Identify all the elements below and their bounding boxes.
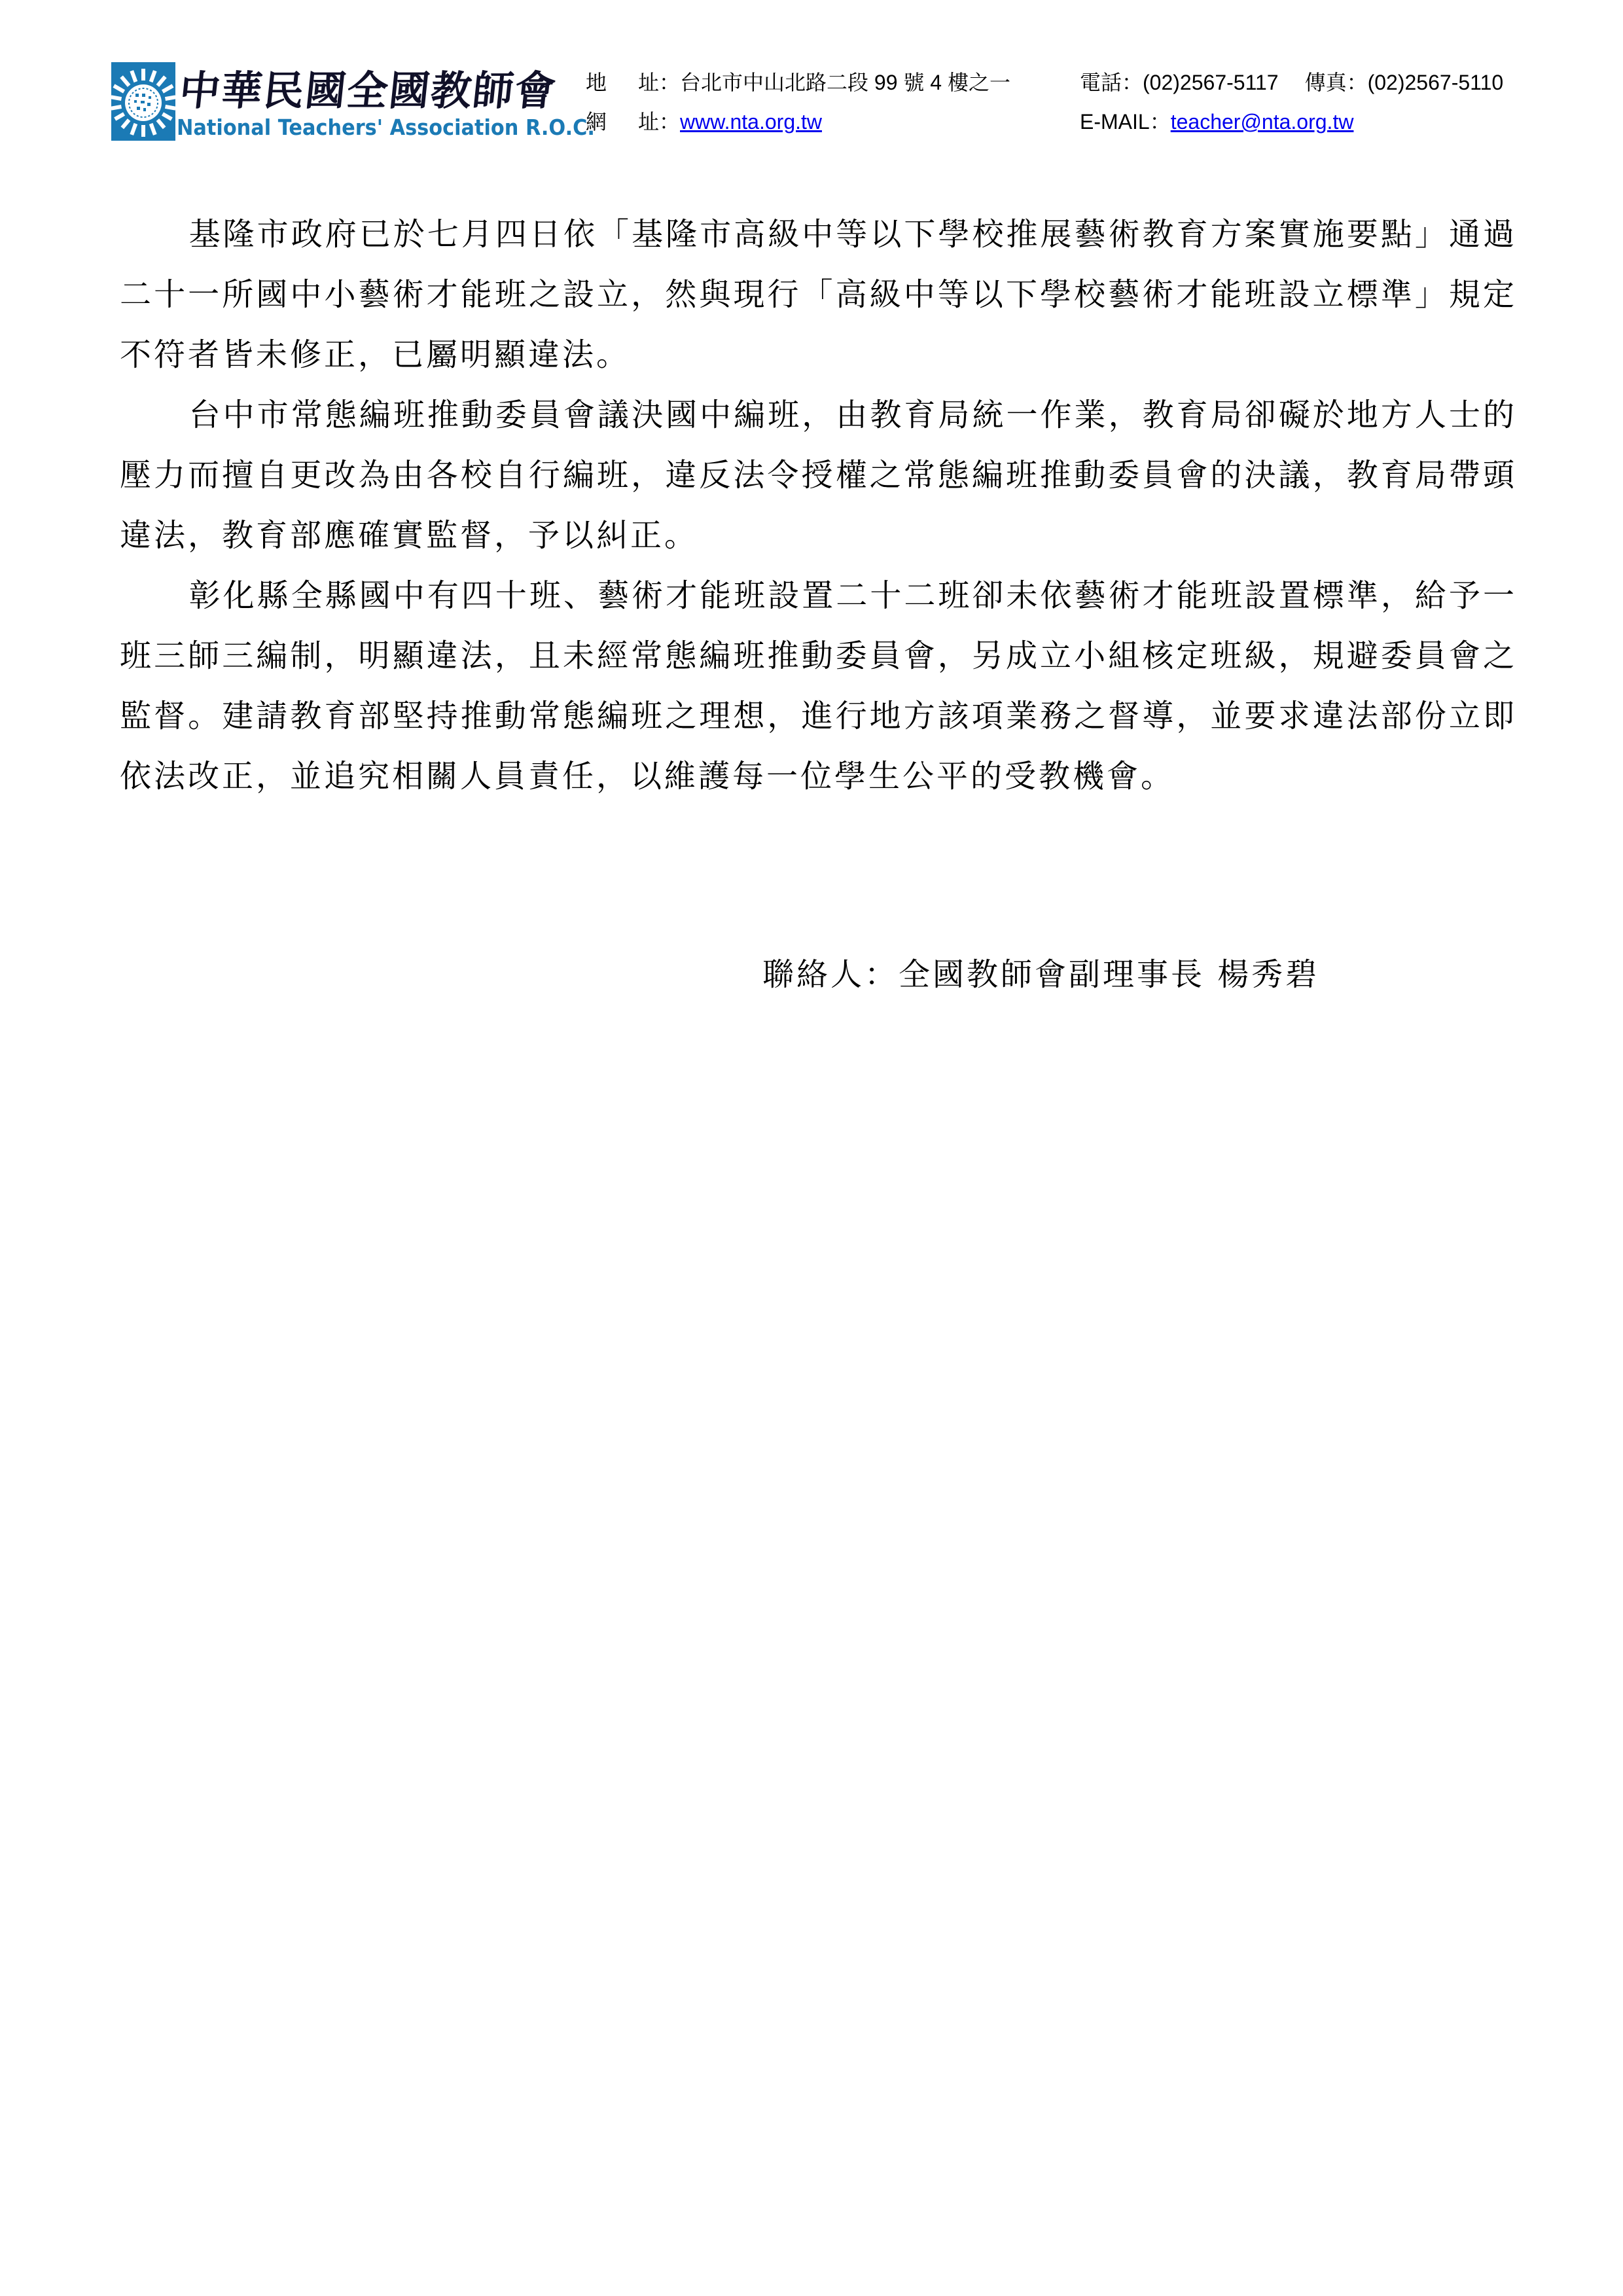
org-name-english: National Teachers' Association R.O.C. <box>177 115 595 140</box>
contact-label: 聯絡人： <box>762 956 899 993</box>
org-name-chinese: 中華民國全國教師會 <box>177 58 560 117</box>
email-line: E-MAIL：teacher@nta.org.tw <box>1080 109 1353 135</box>
sun-emblem-icon <box>111 62 175 141</box>
email-link[interactable]: teacher@nta.org.tw <box>1171 110 1354 134</box>
phone-label: 電話： <box>1080 71 1143 94</box>
fax-label: 傳真： <box>1305 71 1368 94</box>
paragraph-taichung: 台中市常態編班推動委員會議決國中編班，由教育局統一作業，教育局卻礙於地方人士的壓… <box>120 385 1517 565</box>
website-line: 網址：www.nta.org.tw <box>586 109 822 135</box>
paragraph-keelung: 基隆市政府已於七月四日依「基隆市高級中等以下學校推展藝術教育方案實施要點」通過二… <box>120 204 1517 385</box>
paragraph-changhua: 彰化縣全縣國中有四十班、藝術才能班設置二十二班卻未依藝術才能班設置標準，給予一班… <box>120 565 1517 806</box>
organization-logo: 中華民國全國教師會 National Teachers' Association… <box>111 62 524 142</box>
phone-value: (02)2567-5117 <box>1143 71 1279 94</box>
address-label-1: 地 <box>586 71 607 94</box>
website-label-1: 網 <box>586 110 607 134</box>
letter-body: 基隆市政府已於七月四日依「基隆市高級中等以下學校推展藝術教育方案實施要點」通過二… <box>120 204 1517 806</box>
contact-person: 聯絡人：全國教師會副理事長 楊秀碧 <box>762 949 1319 994</box>
website-label-2: 址： <box>638 110 680 134</box>
contact-name: 楊秀碧 <box>1217 956 1319 993</box>
website-link[interactable]: www.nta.org.tw <box>680 110 822 134</box>
email-label: E-MAIL： <box>1080 110 1171 134</box>
address-label-2: 址： <box>638 71 680 94</box>
contact-title: 全國教師會副理事長 <box>899 956 1205 993</box>
address-value: 台北市中山北路二段 99 號 4 樓之一 <box>680 71 1010 94</box>
letterhead: 中華民國全國教師會 National Teachers' Association… <box>0 0 1623 164</box>
address-line: 地址：台北市中山北路二段 99 號 4 樓之一 <box>586 69 1010 96</box>
fax-value: (02)2567-5110 <box>1368 71 1504 94</box>
phone-fax-line: 電話：(02)2567-5117傳真：(02)2567-5110 <box>1080 69 1503 96</box>
